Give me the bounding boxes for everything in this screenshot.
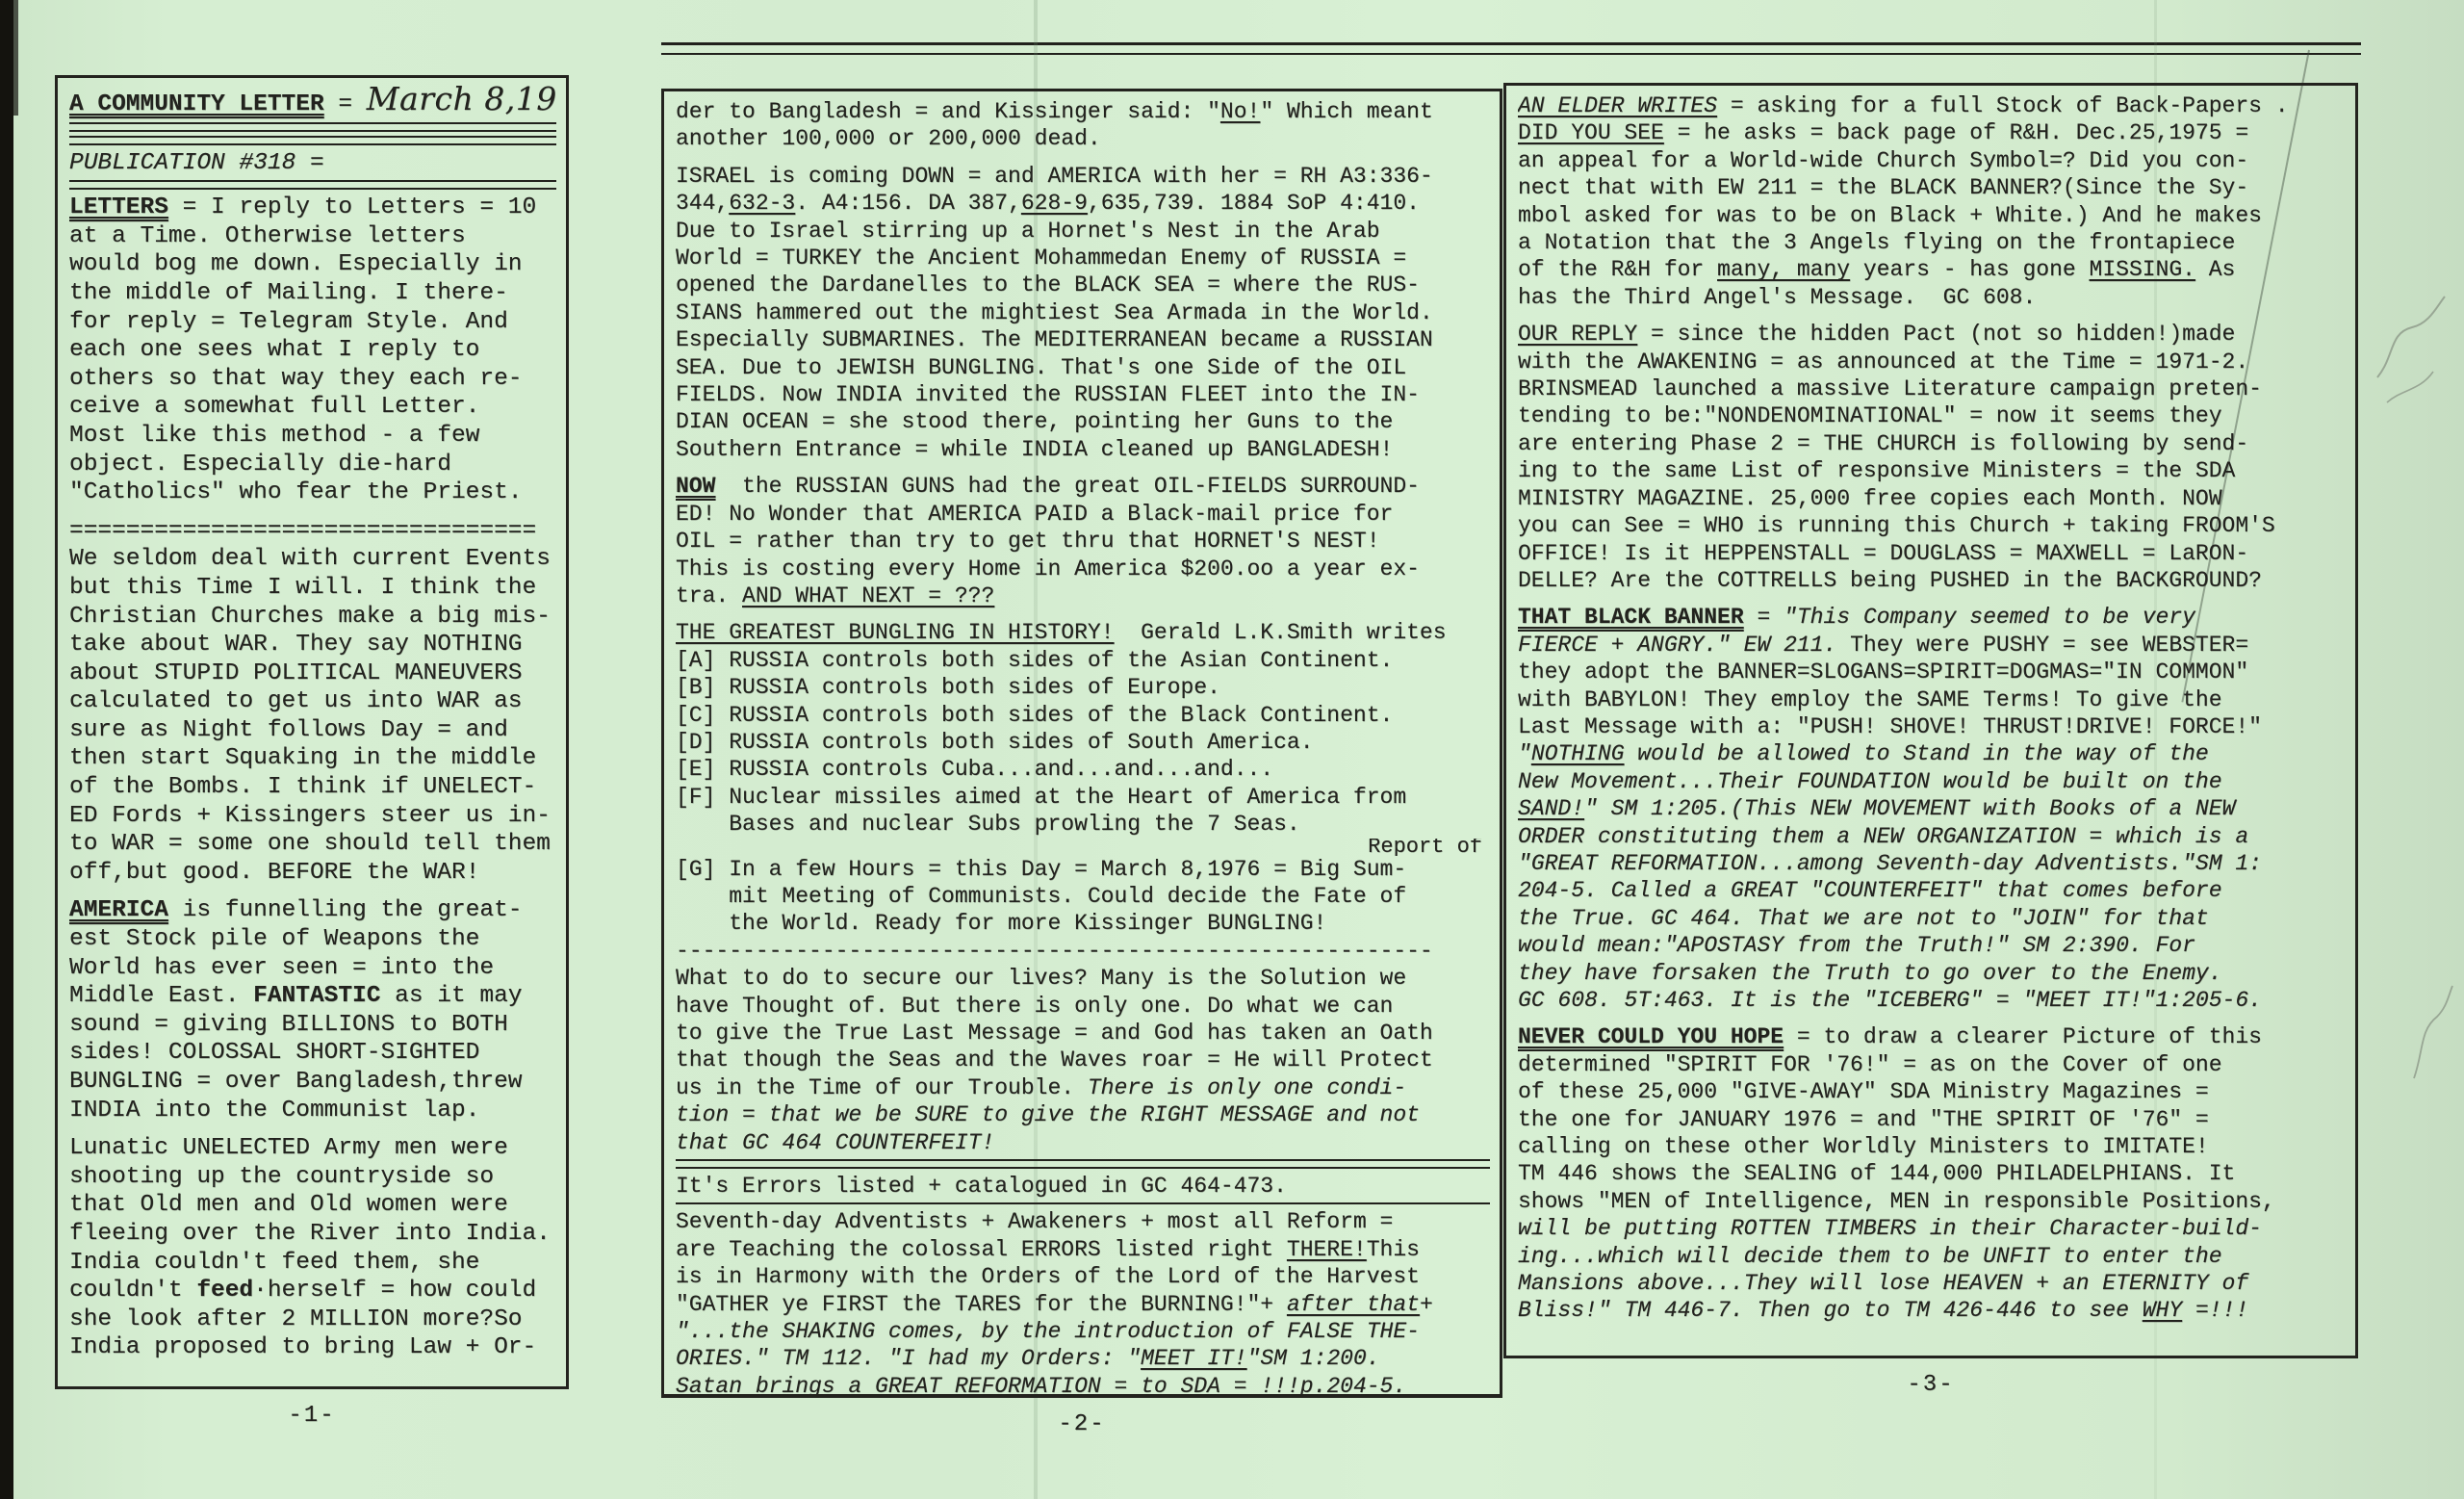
text-line: for reply = Telegram Style. And — [69, 308, 556, 337]
paragraph: LETTERS = I reply to Letters = 10at a Ti… — [69, 194, 556, 507]
text-line: TM 446 shows the SEALING of 144,000 PHIL… — [1518, 1160, 2346, 1187]
paragraph: What to do to secure our lives? Many is … — [676, 965, 1490, 1156]
scan-left-edge — [0, 0, 13, 1499]
text-line: ED! No Wonder that AMERICA PAID a Black-… — [676, 501, 1490, 528]
text-line: of the Bombs. I think if UNELECT- — [69, 773, 556, 802]
text-line: SEA. Due to JEWISH BUNGLING. That's one … — [676, 354, 1490, 381]
text-line: they have forsaken the Truth to go over … — [1518, 960, 2346, 987]
text-line: a Notation that the 3 Angels flying on t… — [1518, 229, 2346, 256]
paragraph: THE GREATEST BUNGLING IN HISTORY! Gerald… — [676, 619, 1490, 937]
text-line: calculated to get us into WAR as — [69, 687, 556, 716]
text-line: "...the SHAKING comes, by the introducti… — [676, 1318, 1490, 1345]
text-line: "NOTHING would be allowed to Stand in th… — [1518, 740, 2346, 767]
text-line: [A] RUSSIA controls both sides of the As… — [676, 647, 1490, 674]
text-line: calling on these other Worldly Ministers… — [1518, 1133, 2346, 1160]
text-line: are entering Phase 2 = THE CHURCH is fol… — [1518, 430, 2346, 457]
top-double-rule — [661, 42, 2361, 55]
text-line: NOW the RUSSIAN GUNS had the great OIL-F… — [676, 473, 1490, 500]
text-line: INDIA into the Communist lap. — [69, 1097, 556, 1125]
text-line: BUNGLING = over Bangladesh,threw — [69, 1068, 556, 1097]
text-line: Last Message with a: "PUSH! SHOVE! THRUS… — [1518, 713, 2346, 740]
text-line: New Movement...Their FOUNDATION would be… — [1518, 768, 2346, 795]
text-line: FIELDS. Now INDIA invited the RUSSIAN FL… — [676, 381, 1490, 408]
text-line: you can See = WHO is running this Church… — [1518, 512, 2346, 539]
text-line: [F] Nuclear missiles aimed at the Heart … — [676, 784, 1490, 811]
text-line: they adopt the BANNER=SLOGANS=SPIRIT=DOG… — [1518, 659, 2346, 685]
text-line: off,but good. BEFORE the WAR! — [69, 859, 556, 888]
text-line: ----------------------------------------… — [676, 938, 1490, 965]
text-line: another 100,000 or 200,000 dead. — [676, 125, 1490, 152]
text-line: shooting up the countryside so — [69, 1163, 556, 1192]
text-line: Especially SUBMARINES. The MEDITERRANEAN… — [676, 326, 1490, 353]
text-line: with the AWAKENING = as announced at the… — [1518, 349, 2346, 375]
text-line: have Thought of. But there is only one. … — [676, 993, 1490, 1020]
text-line: has the Third Angel's Message. GC 608. — [1518, 284, 2346, 311]
text-line: Mansions above...They will lose HEAVEN +… — [1518, 1270, 2346, 1297]
text-line: THE GREATEST BUNGLING IN HISTORY! Gerald… — [676, 619, 1490, 646]
paragraph: A COMMUNITY LETTER = March 8,1976 — [69, 85, 556, 119]
text-line: We seldom deal with current Events — [69, 545, 556, 574]
text-line: est Stock pile of Weapons the — [69, 925, 556, 954]
horizontal-rule — [69, 180, 556, 190]
pencil-mark — [2370, 289, 2452, 414]
text-line: Seventh-day Adventists + Awakeners + mos… — [676, 1208, 1490, 1235]
text-line: the True. GC 464. That we are not to "JO… — [1518, 905, 2346, 932]
paragraph: AN ELDER WRITES = asking for a full Stoc… — [1518, 92, 2346, 311]
paragraph: AMERICA is funnelling the great-est Stoc… — [69, 896, 556, 1124]
text-line: at a Time. Otherwise letters — [69, 222, 556, 251]
text-line: Most like this method - a few — [69, 422, 556, 451]
text-line: OFFICE! Is it HEPPENSTALL = DOUGLASS = M… — [1518, 540, 2346, 567]
text-line: Lunatic UNELECTED Army men were — [69, 1134, 556, 1163]
text-line: ORDER constituting them a NEW ORGANIZATI… — [1518, 823, 2346, 850]
text-line: 344,632-3. A4:156. DA 387,628-9,635,739.… — [676, 190, 1490, 217]
text-line: an appeal for a World-wide Church Symbol… — [1518, 147, 2346, 174]
text-line: 204-5. Called a GREAT "COUNTERFEIT" that… — [1518, 877, 2346, 904]
paragraph: It's Errors listed + catalogued in GC 46… — [676, 1173, 1490, 1200]
text-line: Due to Israel stirring up a Hornet's Nes… — [676, 218, 1490, 245]
paragraph: OUR REPLY = since the hidden Pact (not s… — [1518, 321, 2346, 594]
text-line: are Teaching the colossal ERRORS listed … — [676, 1236, 1490, 1263]
pencil-mark — [2404, 982, 2458, 1088]
text-line: FIERCE + ANGRY." EW 211. They were PUSHY… — [1518, 632, 2346, 659]
text-line: each one sees what I reply to — [69, 336, 556, 365]
newsletter-page: A COMMUNITY LETTER = March 8,1976PUBLICA… — [0, 0, 2464, 1499]
text-line: THAT BLACK BANNER = "This Company seemed… — [1518, 604, 2346, 631]
text-line: PUBLICATION #318 = — [69, 149, 556, 178]
text-line: the middle of Mailing. I there- — [69, 279, 556, 308]
text-line: MINISTRY MAGAZINE. 25,000 free copies ea… — [1518, 485, 2346, 512]
text-line: she look after 2 MILLION more?So — [69, 1305, 556, 1334]
text-line: DELLE? Are the COTTRELLS being PUSHED in… — [1518, 567, 2346, 594]
horizontal-rule — [676, 1159, 1490, 1169]
paragraph: PUBLICATION #318 = — [69, 149, 556, 178]
text-line: Christian Churches make a big mis- — [69, 603, 556, 632]
text-line: "Catholics" who fear the Priest. — [69, 478, 556, 507]
text-line: that GC 464 COUNTERFEIT! — [676, 1129, 1490, 1156]
column-2: der to Bangladesh = and Kissinger said: … — [661, 89, 1502, 1437]
text-line: Satan brings a GREAT REFORMATION = to SD… — [676, 1373, 1490, 1398]
text-line: What to do to secure our lives? Many is … — [676, 965, 1490, 992]
text-line: mbol asked for was to be on Black + Whit… — [1518, 202, 2346, 229]
text-line: ORIES." TM 112. "I had my Orders: "MEET … — [676, 1345, 1490, 1372]
column-3-box: AN ELDER WRITES = asking for a full Stoc… — [1503, 83, 2358, 1358]
paragraph: ----------------------------------------… — [676, 938, 1490, 965]
text-line: NEVER COULD YOU HOPE = to draw a clearer… — [1518, 1023, 2346, 1050]
text-line: sides! COLOSSAL SHORT-SIGHTED — [69, 1039, 556, 1068]
text-line: object. Especially die-hard — [69, 451, 556, 479]
text-line: to give the True Last Message = and God … — [676, 1020, 1490, 1047]
text-line: AMERICA is funnelling the great- — [69, 896, 556, 925]
paragraph: ISRAEL is coming DOWN = and AMERICA with… — [676, 163, 1490, 463]
text-line: SAND!" SM 1:205.(This NEW MOVEMENT with … — [1518, 795, 2346, 822]
page-number-1: -1- — [55, 1403, 569, 1429]
page-number-2: -2- — [661, 1411, 1502, 1437]
text-line: sure as Night follows Day = and — [69, 716, 556, 745]
text-line: would mean:"APOSTASY from the Truth!" SM… — [1518, 932, 2346, 959]
page-number-3: -3- — [1503, 1372, 2358, 1398]
text-line: tra. AND WHAT NEXT = ??? — [676, 582, 1490, 609]
text-line: SIANS hammered out the mightiest Sea Arm… — [676, 299, 1490, 326]
text-line: ================================= — [69, 517, 556, 546]
paragraph: ================================= — [69, 517, 556, 546]
text-line: India proposed to bring Law + Or- — [69, 1333, 556, 1362]
column-3: AN ELDER WRITES = asking for a full Stoc… — [1503, 83, 2358, 1398]
text-line: will be putting ROTTEN TIMBERS in their … — [1518, 1215, 2346, 1242]
text-line: GC 608. 5T:463. It is the "ICEBERG" = "M… — [1518, 987, 2346, 1014]
text-line: nect that with EW 211 = the BLACK BANNER… — [1518, 174, 2346, 201]
text-line: World has ever seen = into the — [69, 954, 556, 983]
text-line: the one for JANUARY 1976 = and "THE SPIR… — [1518, 1106, 2346, 1133]
text-line: about STUPID POLITICAL MANEUVERS — [69, 659, 556, 688]
paragraph: der to Bangladesh = and Kissinger said: … — [676, 98, 1490, 153]
text-line: take about WAR. They say NOTHING — [69, 631, 556, 659]
text-line: but this Time I will. I think the — [69, 574, 556, 603]
text-line: fleeing over the River into India. — [69, 1220, 556, 1249]
text-line: DID YOU SEE = he asks = back page of R&H… — [1518, 119, 2346, 146]
text-line: the World. Ready for more Kissinger BUNG… — [676, 910, 1490, 937]
text-line: ISRAEL is coming DOWN = and AMERICA with… — [676, 163, 1490, 190]
column-1-box: A COMMUNITY LETTER = March 8,1976PUBLICA… — [55, 75, 569, 1389]
text-line: OIL = rather than try to get thru that H… — [676, 528, 1490, 555]
text-line: to WAR = some one should tell them — [69, 830, 556, 859]
text-line: then start Squaking in the middle — [69, 744, 556, 773]
text-line: A COMMUNITY LETTER = March 8,1976 — [69, 85, 556, 119]
text-line: [B] RUSSIA controls both sides of Europe… — [676, 674, 1490, 701]
text-line: couldn't feed·herself = how could — [69, 1277, 556, 1305]
text-line: World = TURKEY the Ancient Mohammedan En… — [676, 245, 1490, 271]
paragraph: NEVER COULD YOU HOPE = to draw a clearer… — [1518, 1023, 2346, 1324]
text-line: with BABYLON! They employ the SAME Terms… — [1518, 686, 2346, 713]
text-line: "GATHER ye FIRST the TARES for the BURNI… — [676, 1291, 1490, 1318]
text-line: This is costing every Home in America $2… — [676, 556, 1490, 582]
text-line: OUR REPLY = since the hidden Pact (not s… — [1518, 321, 2346, 348]
text-line: ED Fords + Kissingers steer us in- — [69, 802, 556, 831]
text-line: Bases and nuclear Subs prowling the 7 Se… — [676, 811, 1490, 838]
paragraph: We seldom deal with current Eventsbut th… — [69, 545, 556, 887]
text-line: [D] RUSSIA controls both sides of South … — [676, 729, 1490, 756]
text-line: "GREAT REFORMATION...among Seventh-day A… — [1518, 850, 2346, 877]
text-line: der to Bangladesh = and Kissinger said: … — [676, 98, 1490, 125]
text-line: Middle East. FANTASTIC as it may — [69, 982, 556, 1011]
column-1: A COMMUNITY LETTER = March 8,1976PUBLICA… — [55, 75, 569, 1429]
horizontal-rule — [676, 1202, 1490, 1204]
text-line: is in Harmony with the Orders of the Lor… — [676, 1263, 1490, 1290]
paragraph: NOW the RUSSIAN GUNS had the great OIL-F… — [676, 473, 1490, 609]
text-line: LETTERS = I reply to Letters = 10 — [69, 194, 556, 222]
text-line: [E] RUSSIA controls Cuba...and...and...a… — [676, 756, 1490, 783]
text-line: that Old men and Old women were — [69, 1191, 556, 1220]
text-line: ceive a somewhat full Letter. — [69, 393, 556, 422]
paragraph: THAT BLACK BANNER = "This Company seemed… — [1518, 604, 2346, 1014]
text-line: of these 25,000 "GIVE-AWAY" SDA Ministry… — [1518, 1078, 2346, 1105]
text-line: others so that way they each re- — [69, 365, 556, 394]
horizontal-rule — [69, 136, 556, 145]
text-line: It's Errors listed + catalogued in GC 46… — [676, 1173, 1490, 1200]
text-line: would bog me down. Especially in — [69, 250, 556, 279]
text-line: tending to be:"NONDENOMINATIONAL" = now … — [1518, 402, 2346, 429]
text-line: sound = giving BILLIONS to BOTH — [69, 1011, 556, 1040]
text-line: AN ELDER WRITES = asking for a full Stoc… — [1518, 92, 2346, 119]
text-line: India couldn't feed them, she — [69, 1249, 556, 1278]
text-line: ing to the same List of responsive Minis… — [1518, 457, 2346, 484]
text-line: that though the Seas and the Waves roar … — [676, 1047, 1490, 1073]
text-line: of the R&H for many, many years - has go… — [1518, 256, 2346, 283]
text-line: Southern Entrance = while INDIA cleaned … — [676, 436, 1490, 463]
text-line: shows "MEN of Intelligence, MEN in respo… — [1518, 1188, 2346, 1215]
text-line: ing...which will decide them to be UNFIT… — [1518, 1243, 2346, 1270]
column-2-box: der to Bangladesh = and Kissinger said: … — [661, 89, 1502, 1398]
text-line: determined "SPIRIT FOR '76!" = as on the… — [1518, 1051, 2346, 1078]
text-line: opened the Dardanelles to the BLACK SEA … — [676, 271, 1490, 298]
text-line: DIAN OCEAN = she stood there, pointing h… — [676, 408, 1490, 435]
text-line: us in the Time of our Trouble. There is … — [676, 1074, 1490, 1101]
paragraph: Lunatic UNELECTED Army men wereshooting … — [69, 1134, 556, 1362]
text-line: [G] In a few Hours = this Day = March 8,… — [676, 856, 1490, 883]
text-line: tion = that we be SURE to give the RIGHT… — [676, 1101, 1490, 1128]
text-line: Report of — [676, 839, 1490, 856]
text-line: [C] RUSSIA controls both sides of the Bl… — [676, 702, 1490, 729]
horizontal-rule — [69, 122, 556, 132]
text-line: BRINSMEAD launched a massive Literature … — [1518, 375, 2346, 402]
text-line: mit Meeting of Communists. Could decide … — [676, 883, 1490, 910]
text-line: Bliss!" TM 446-7. Then go to TM 426-446 … — [1518, 1297, 2346, 1324]
paragraph: Seventh-day Adventists + Awakeners + mos… — [676, 1208, 1490, 1398]
